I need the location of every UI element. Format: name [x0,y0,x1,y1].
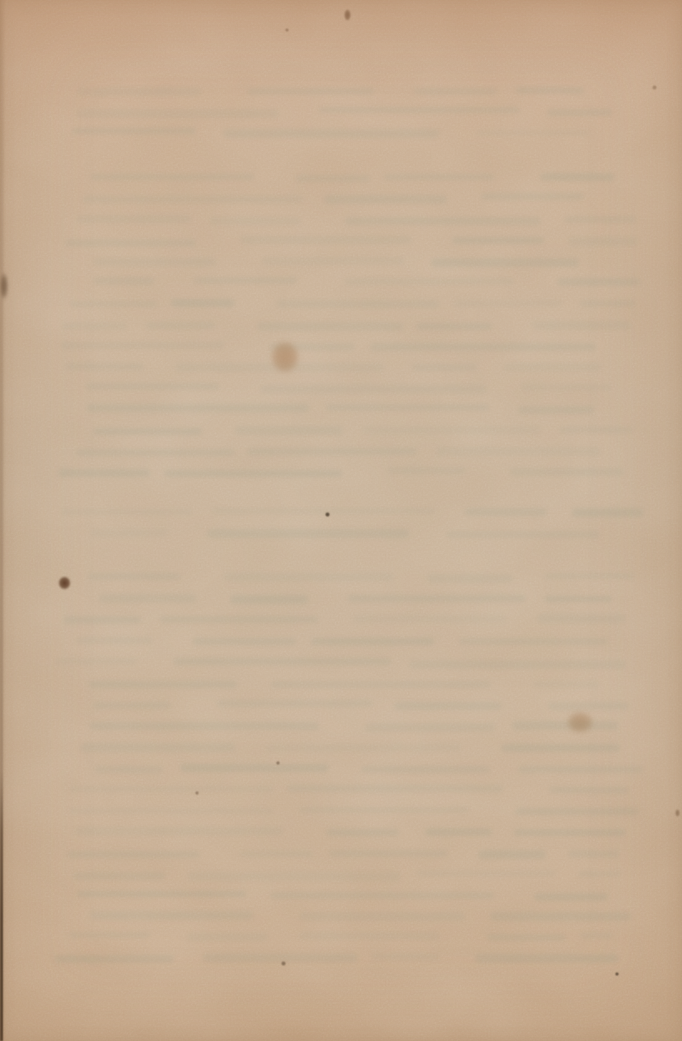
spot-dark-left [58,576,71,590]
speck-bottom-mid [281,961,286,966]
speck-lower-2 [195,791,199,795]
stain-layer [0,0,682,1041]
speck-right-edge [675,809,680,817]
speck-bottom-right [615,972,619,976]
speck-lower-1 [276,761,280,765]
stain-center [270,340,300,374]
speck-top [344,9,351,21]
scanned-page [0,0,682,1041]
smudge-right [566,711,594,734]
speck-top-left [285,28,289,32]
speck-top-right [652,85,657,90]
speck-mid [325,512,330,517]
left-page-edge [0,0,3,1041]
